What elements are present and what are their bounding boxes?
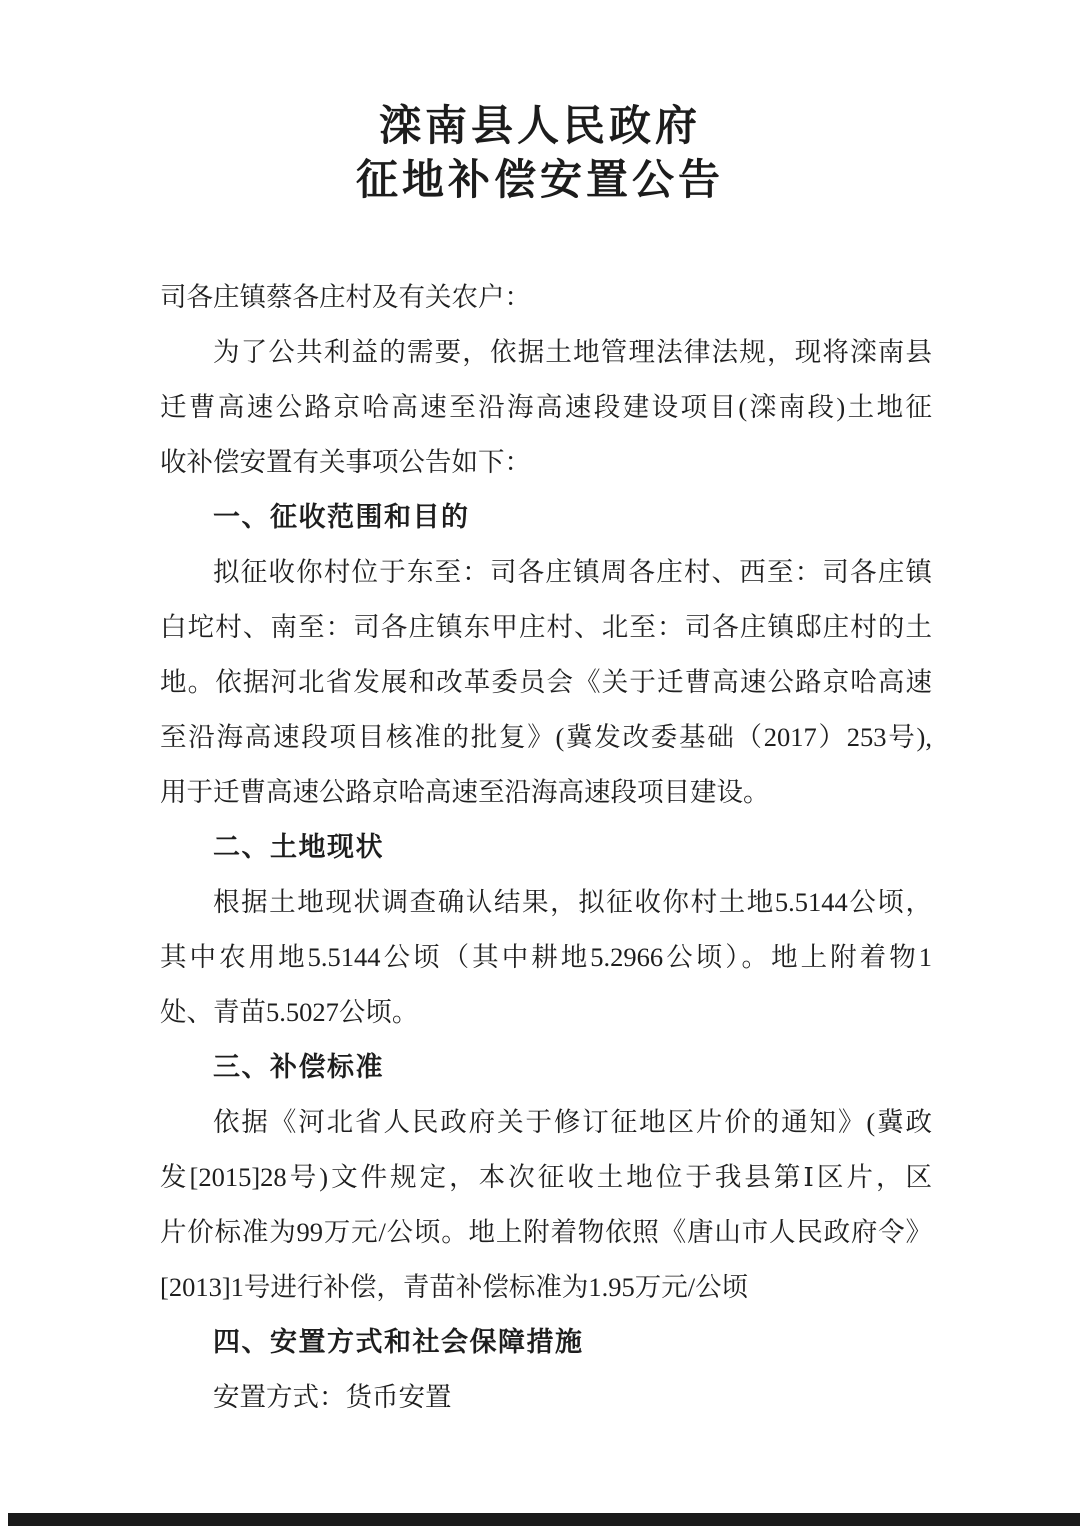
title-line-government: 滦南县人民政府 [0, 100, 1080, 154]
text-line: 片价标准为99万元/公顷。地上附着物依照《唐山市人民政府令》 [160, 1205, 932, 1260]
text-line: 根据土地现状调查确认结果，拟征收你村土地5.5144公顷， [160, 875, 932, 930]
title-line-announcement: 征地补偿安置公告 [0, 154, 1080, 208]
text-line: 拟征收你村位于东至：司各庄镇周各庄村、西至：司各庄镇 [160, 545, 932, 600]
text-line: 地。依据河北省发展和改革委员会《关于迁曹高速公路京哈高速 [160, 655, 932, 710]
text-line: 安置方式：货币安置 [160, 1370, 932, 1425]
document-body: 司各庄镇蔡各庄村及有关农户：为了公共利益的需要，依据土地管理法律法规，现将滦南县… [160, 270, 932, 1425]
text-line: 发[2015]28号)文件规定，本次征收土地位于我县第Ⅰ区片，区 [160, 1150, 932, 1205]
text-line: 司各庄镇蔡各庄村及有关农户： [160, 270, 932, 325]
text-line: 依据《河北省人民政府关于修订征地区片价的通知》(冀政 [160, 1095, 932, 1150]
text-line: 用于迁曹高速公路京哈高速至沿海高速段项目建设。 [160, 765, 932, 820]
section-heading: 三、补偿标准 [160, 1040, 932, 1095]
text-line: 白坨村、南至：司各庄镇东甲庄村、北至：司各庄镇邸庄村的土 [160, 600, 932, 655]
document-title: 滦南县人民政府 征地补偿安置公告 [0, 100, 1080, 208]
scan-artifact-bar-step [982, 1516, 1080, 1526]
text-line: [2013]1号进行补偿，青苗补偿标准为1.95万元/公顷 [160, 1260, 932, 1315]
text-line: 至沿海高速段项目核准的批复》(冀发改委基础（2017）253号), [160, 710, 932, 765]
text-line: 为了公共利益的需要，依据土地管理法律法规，现将滦南县 [160, 325, 932, 380]
section-heading: 四、安置方式和社会保障措施 [160, 1315, 932, 1370]
section-heading: 二、土地现状 [160, 820, 932, 875]
text-line: 其中农用地5.5144公顷（其中耕地5.2966公顷）。地上附着物1 [160, 930, 932, 985]
scanned-announcement-page: 滦南县人民政府 征地补偿安置公告 司各庄镇蔡各庄村及有关农户：为了公共利益的需要… [0, 0, 1080, 1526]
scan-artifact-bar [8, 1513, 1080, 1526]
section-heading: 一、征收范围和目的 [160, 490, 932, 545]
text-line: 处、青苗5.5027公顷。 [160, 985, 932, 1040]
text-line: 迁曹高速公路京哈高速至沿海高速段建设项目(滦南段)土地征 [160, 380, 932, 435]
text-line: 收补偿安置有关事项公告如下： [160, 435, 932, 490]
